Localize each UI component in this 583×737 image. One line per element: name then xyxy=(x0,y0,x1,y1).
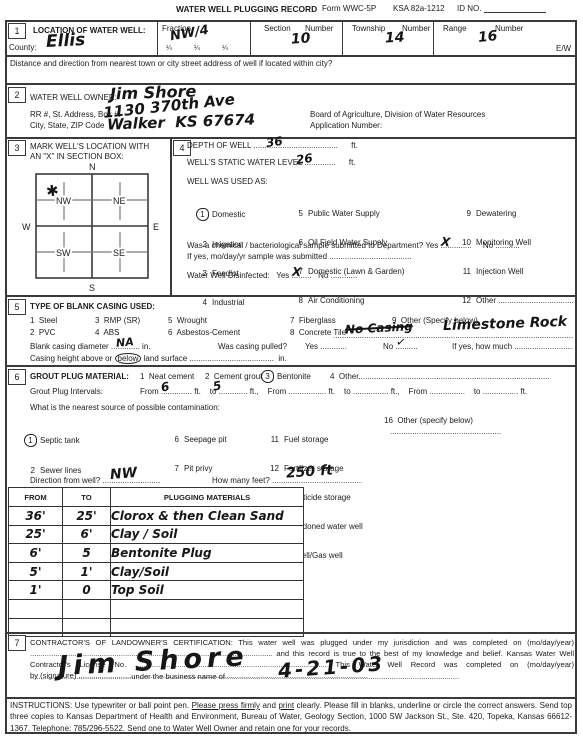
casing-option-fiberglass[interactable]: 7 Fiberglass xyxy=(290,316,336,325)
range-col-label: Range xyxy=(443,24,467,33)
material-cell[interactable]: Clay/Soil xyxy=(111,562,304,581)
option-number: 9 xyxy=(458,208,471,219)
casing-option-wrought[interactable]: 5 Wrought xyxy=(168,316,207,325)
instructions-text: INSTRUCTIONS: Use typewriter or ball poi… xyxy=(10,701,192,710)
contam-other-blank[interactable]: ........................................… xyxy=(390,427,501,436)
section-grid[interactable]: N S W E NW NE SW SE ✱ xyxy=(20,160,164,294)
divider xyxy=(5,697,577,699)
instructions-text: and xyxy=(260,701,279,710)
casing-pulled-yes[interactable]: Yes ............ xyxy=(305,342,347,351)
ne-quadrant-label: NE xyxy=(113,196,126,206)
circled-option-number: 1 xyxy=(24,434,37,447)
table-row: 1'0Top Soil xyxy=(9,581,304,600)
board-of-agriculture-label: Board of Agriculture, Division of Water … xyxy=(310,110,485,119)
use-option-public-water[interactable]: 5Public Water Supply xyxy=(294,208,404,219)
to-cell[interactable] xyxy=(63,599,111,618)
option-number: 11 xyxy=(458,266,471,277)
casing-option-pvc[interactable]: 2 PVC xyxy=(30,328,55,337)
material-cell[interactable] xyxy=(111,599,304,618)
from-cell[interactable]: 5' xyxy=(9,562,63,581)
range-value[interactable]: 16 xyxy=(477,28,498,46)
sw-quadrant-label: SW xyxy=(56,248,71,258)
use-option-dewatering[interactable]: 9Dewatering xyxy=(458,208,574,219)
from-cell[interactable]: 1' xyxy=(9,581,63,600)
grout-option-other[interactable]: 4 Other.................................… xyxy=(330,372,574,381)
section-6-number: 6 xyxy=(8,369,26,385)
divider xyxy=(157,20,158,55)
grout-option-bentonite[interactable]: 3Bentonite xyxy=(263,370,311,383)
page-title: WATER WELL PLUGGING RECORD xyxy=(176,4,317,14)
contam-option-label: Septic tank xyxy=(40,436,80,445)
water-well-plugging-record-form: WATER WELL PLUGGING RECORD Form WWC-5P K… xyxy=(0,0,583,737)
casing-height-line: Casing height above or below land surfac… xyxy=(30,353,287,364)
county-label: County: xyxy=(9,43,37,52)
use-option-label: Domestic xyxy=(212,210,245,219)
from-cell[interactable]: 36' xyxy=(9,507,63,526)
use-option-domestic[interactable]: 1Domestic xyxy=(198,208,245,221)
casing-option-rmp[interactable]: 3 RMP (SR) xyxy=(95,316,140,325)
from-header: FROM xyxy=(9,488,63,507)
compass-s-label: S xyxy=(89,283,95,293)
well-location-mark[interactable]: ✱ xyxy=(45,182,60,201)
from-cell[interactable]: 6' xyxy=(9,544,63,563)
how-much-line: If yes, how much .......................… xyxy=(452,342,573,351)
divider xyxy=(5,137,577,139)
materials-header: PLUGGING MATERIALS xyxy=(111,488,304,507)
table-row: 25'6'Clay / Soil xyxy=(9,525,304,544)
quarter-label-2: ¼ xyxy=(194,45,200,52)
instructions-underline-press-firmly: Please press firmly xyxy=(192,701,260,710)
casing-option-steel[interactable]: 1 Steel xyxy=(30,316,57,325)
option-number: 7 xyxy=(166,463,179,474)
se-quadrant-label: SE xyxy=(113,248,125,258)
section-5-number: 5 xyxy=(8,299,26,315)
table-row xyxy=(9,599,304,618)
divider xyxy=(170,137,172,295)
disinfected-yes-mark[interactable]: X xyxy=(292,265,302,280)
compass-n-label: N xyxy=(89,162,96,172)
distance-question: Distance and direction from nearest town… xyxy=(10,59,332,68)
quarter-label-1: ¼ xyxy=(166,45,172,52)
application-number-label: Application Number: xyxy=(310,121,382,130)
use-options-col3: 9Dewatering 10Monitoring Well 11Injectio… xyxy=(458,190,574,324)
contam-pit-privy[interactable]: 7Pit privy xyxy=(166,463,239,474)
section-2-number: 2 xyxy=(8,87,26,103)
material-cell[interactable]: Top Soil xyxy=(111,581,304,600)
instructions-paragraph: INSTRUCTIONS: Use typewriter or ball poi… xyxy=(10,700,572,734)
direction-value[interactable]: NW xyxy=(109,465,137,483)
statute-number: KSA 82a-1212 xyxy=(393,4,445,13)
section-3-number: 3 xyxy=(8,140,26,156)
id-no-blank[interactable] xyxy=(484,12,546,13)
disinfected-line: Water Well Disinfected: Yes ......... No… xyxy=(187,271,357,280)
contam-septic-tank[interactable]: 1Septic tank xyxy=(26,434,118,447)
feet-value[interactable]: 250 ft xyxy=(285,462,333,481)
direction-from-well-line: Direction from well? ...................… xyxy=(30,476,160,485)
sample-no-mark[interactable]: X xyxy=(440,235,451,250)
township-value[interactable]: 14 xyxy=(385,30,405,47)
below-circled[interactable]: below xyxy=(115,353,142,364)
contam-other-option[interactable]: 16 Other (specify below) xyxy=(384,416,473,425)
option-number: 6 xyxy=(166,434,179,445)
option-number: 4 xyxy=(198,297,207,308)
casing-option-abs[interactable]: 4 ABS xyxy=(95,328,119,337)
divider xyxy=(5,55,577,57)
from-cell[interactable] xyxy=(9,599,63,618)
grout-intervals-label: Grout Plug Intervals: xyxy=(30,387,103,396)
casing-pulled-label: Was casing pulled? xyxy=(218,342,287,351)
compass-w-label: W xyxy=(22,222,31,232)
plugging-materials-table: FROM TO PLUGGING MATERIALS 36'25'Clorox … xyxy=(8,487,304,637)
compass-e-label: E xyxy=(153,222,159,232)
casing-height-post: land surface ...........................… xyxy=(144,354,274,363)
depth-value[interactable]: 36 xyxy=(265,134,283,150)
material-cell[interactable]: Bentonite Plug xyxy=(111,544,304,563)
material-cell[interactable]: Clay / Soil xyxy=(111,525,304,544)
form-number: Form WWC-5P xyxy=(322,4,376,13)
divider xyxy=(433,20,434,55)
use-option-industrial[interactable]: 4Industrial xyxy=(198,297,245,308)
inches-label: in. xyxy=(278,354,286,363)
to-cell[interactable]: 6' xyxy=(63,525,111,544)
to-cell[interactable]: 0 xyxy=(63,581,111,600)
section-col-label: Section xyxy=(264,24,291,33)
option-number: 11 xyxy=(266,434,279,445)
contam-option-label: Fuel storage xyxy=(284,435,328,444)
table-row: 5'1'Clay/Soil xyxy=(9,562,304,581)
id-no-label: ID NO. xyxy=(457,4,481,13)
use-option-label: Air Conditioning xyxy=(308,296,364,305)
township-col-label: Township xyxy=(352,24,385,33)
casing-title: TYPE OF BLANK CASING USED: xyxy=(30,302,155,311)
casing-pulled-no-mark[interactable]: ✓ xyxy=(395,334,407,349)
contam-option-label: Sewer lines xyxy=(40,466,81,475)
to-cell[interactable]: 5 xyxy=(63,544,111,563)
instructions-underline-print: print xyxy=(278,701,294,710)
grout-intervals-line: From .............. ft. to .............… xyxy=(140,387,574,396)
table-header-row: FROM TO PLUGGING MATERIALS xyxy=(9,488,304,507)
casing-diameter-value[interactable]: NA xyxy=(115,335,134,350)
grout-title: GROUT PLUG MATERIAL: xyxy=(30,372,129,381)
static-water-level-line: WELL'S STATIC WATER LEVEL ..............… xyxy=(187,158,356,167)
township-number-label: Number xyxy=(402,24,430,33)
owner-label: WATER WELL OWNER: xyxy=(30,93,117,102)
divider xyxy=(5,632,577,634)
option-number: 5 xyxy=(294,208,303,219)
option-number: 12 xyxy=(266,463,279,474)
contam-option-label: Pit privy xyxy=(184,464,212,473)
contamination-label: What is the nearest source of possible c… xyxy=(30,403,220,412)
section-7-number: 7 xyxy=(8,635,26,651)
ew-label: E/W xyxy=(556,44,571,53)
contam-sewer-lines[interactable]: 2Sewer lines xyxy=(26,465,118,476)
mark-location-title-1: MARK WELL'S LOCATION WITH xyxy=(30,142,149,151)
to-cell[interactable]: 1' xyxy=(63,562,111,581)
table-row: 36'25'Clorox & then Clean Sand xyxy=(9,507,304,526)
circled-option-number: 1 xyxy=(196,208,209,221)
if-yes-sample-line: If yes, mo/day/yr sample was submitted .… xyxy=(187,252,412,261)
range-number-label: Number xyxy=(495,24,523,33)
use-option-label: Injection Well xyxy=(476,267,523,276)
grout-option-label: Bentonite xyxy=(277,372,311,381)
casing-option-asbestos[interactable]: 6 Asbestos-Cement xyxy=(168,328,240,337)
table-row: 6'5Bentonite Plug xyxy=(9,544,304,563)
to-cell[interactable]: 25' xyxy=(63,507,111,526)
divider xyxy=(5,295,577,297)
divider xyxy=(250,20,251,55)
county-value[interactable]: Ellis xyxy=(46,30,86,52)
divider xyxy=(5,83,577,85)
section-value[interactable]: 10 xyxy=(290,30,311,47)
divider xyxy=(5,365,577,367)
quarter-label-3: ¼ xyxy=(222,45,228,52)
use-option-label: Dewatering xyxy=(476,209,516,218)
option-number: 2 xyxy=(26,465,35,476)
circled-option-number: 3 xyxy=(261,370,274,383)
divider xyxy=(342,20,343,55)
contam-fuel-storage[interactable]: 11Fuel storage xyxy=(266,434,363,445)
use-option-injection[interactable]: 11Injection Well xyxy=(458,266,574,277)
contam-option-label: Seepage pit xyxy=(184,435,227,444)
casing-height-pre: Casing height above or xyxy=(30,354,112,363)
section-1-number: 1 xyxy=(8,23,26,39)
static-level-value[interactable]: 26 xyxy=(295,151,313,167)
use-option-label: Industrial xyxy=(212,298,244,307)
sample-question-line: Was a chemical / bacteriological sample … xyxy=(187,241,520,250)
material-cell[interactable]: Clorox & then Clean Sand xyxy=(111,507,304,526)
to-header: TO xyxy=(63,488,111,507)
from-cell[interactable]: 25' xyxy=(9,525,63,544)
use-option-label: Public Water Supply xyxy=(308,209,380,218)
well-used-as-label: WELL WAS USED AS: xyxy=(187,177,268,186)
contam-seepage-pit[interactable]: 6Seepage pit xyxy=(166,434,239,445)
